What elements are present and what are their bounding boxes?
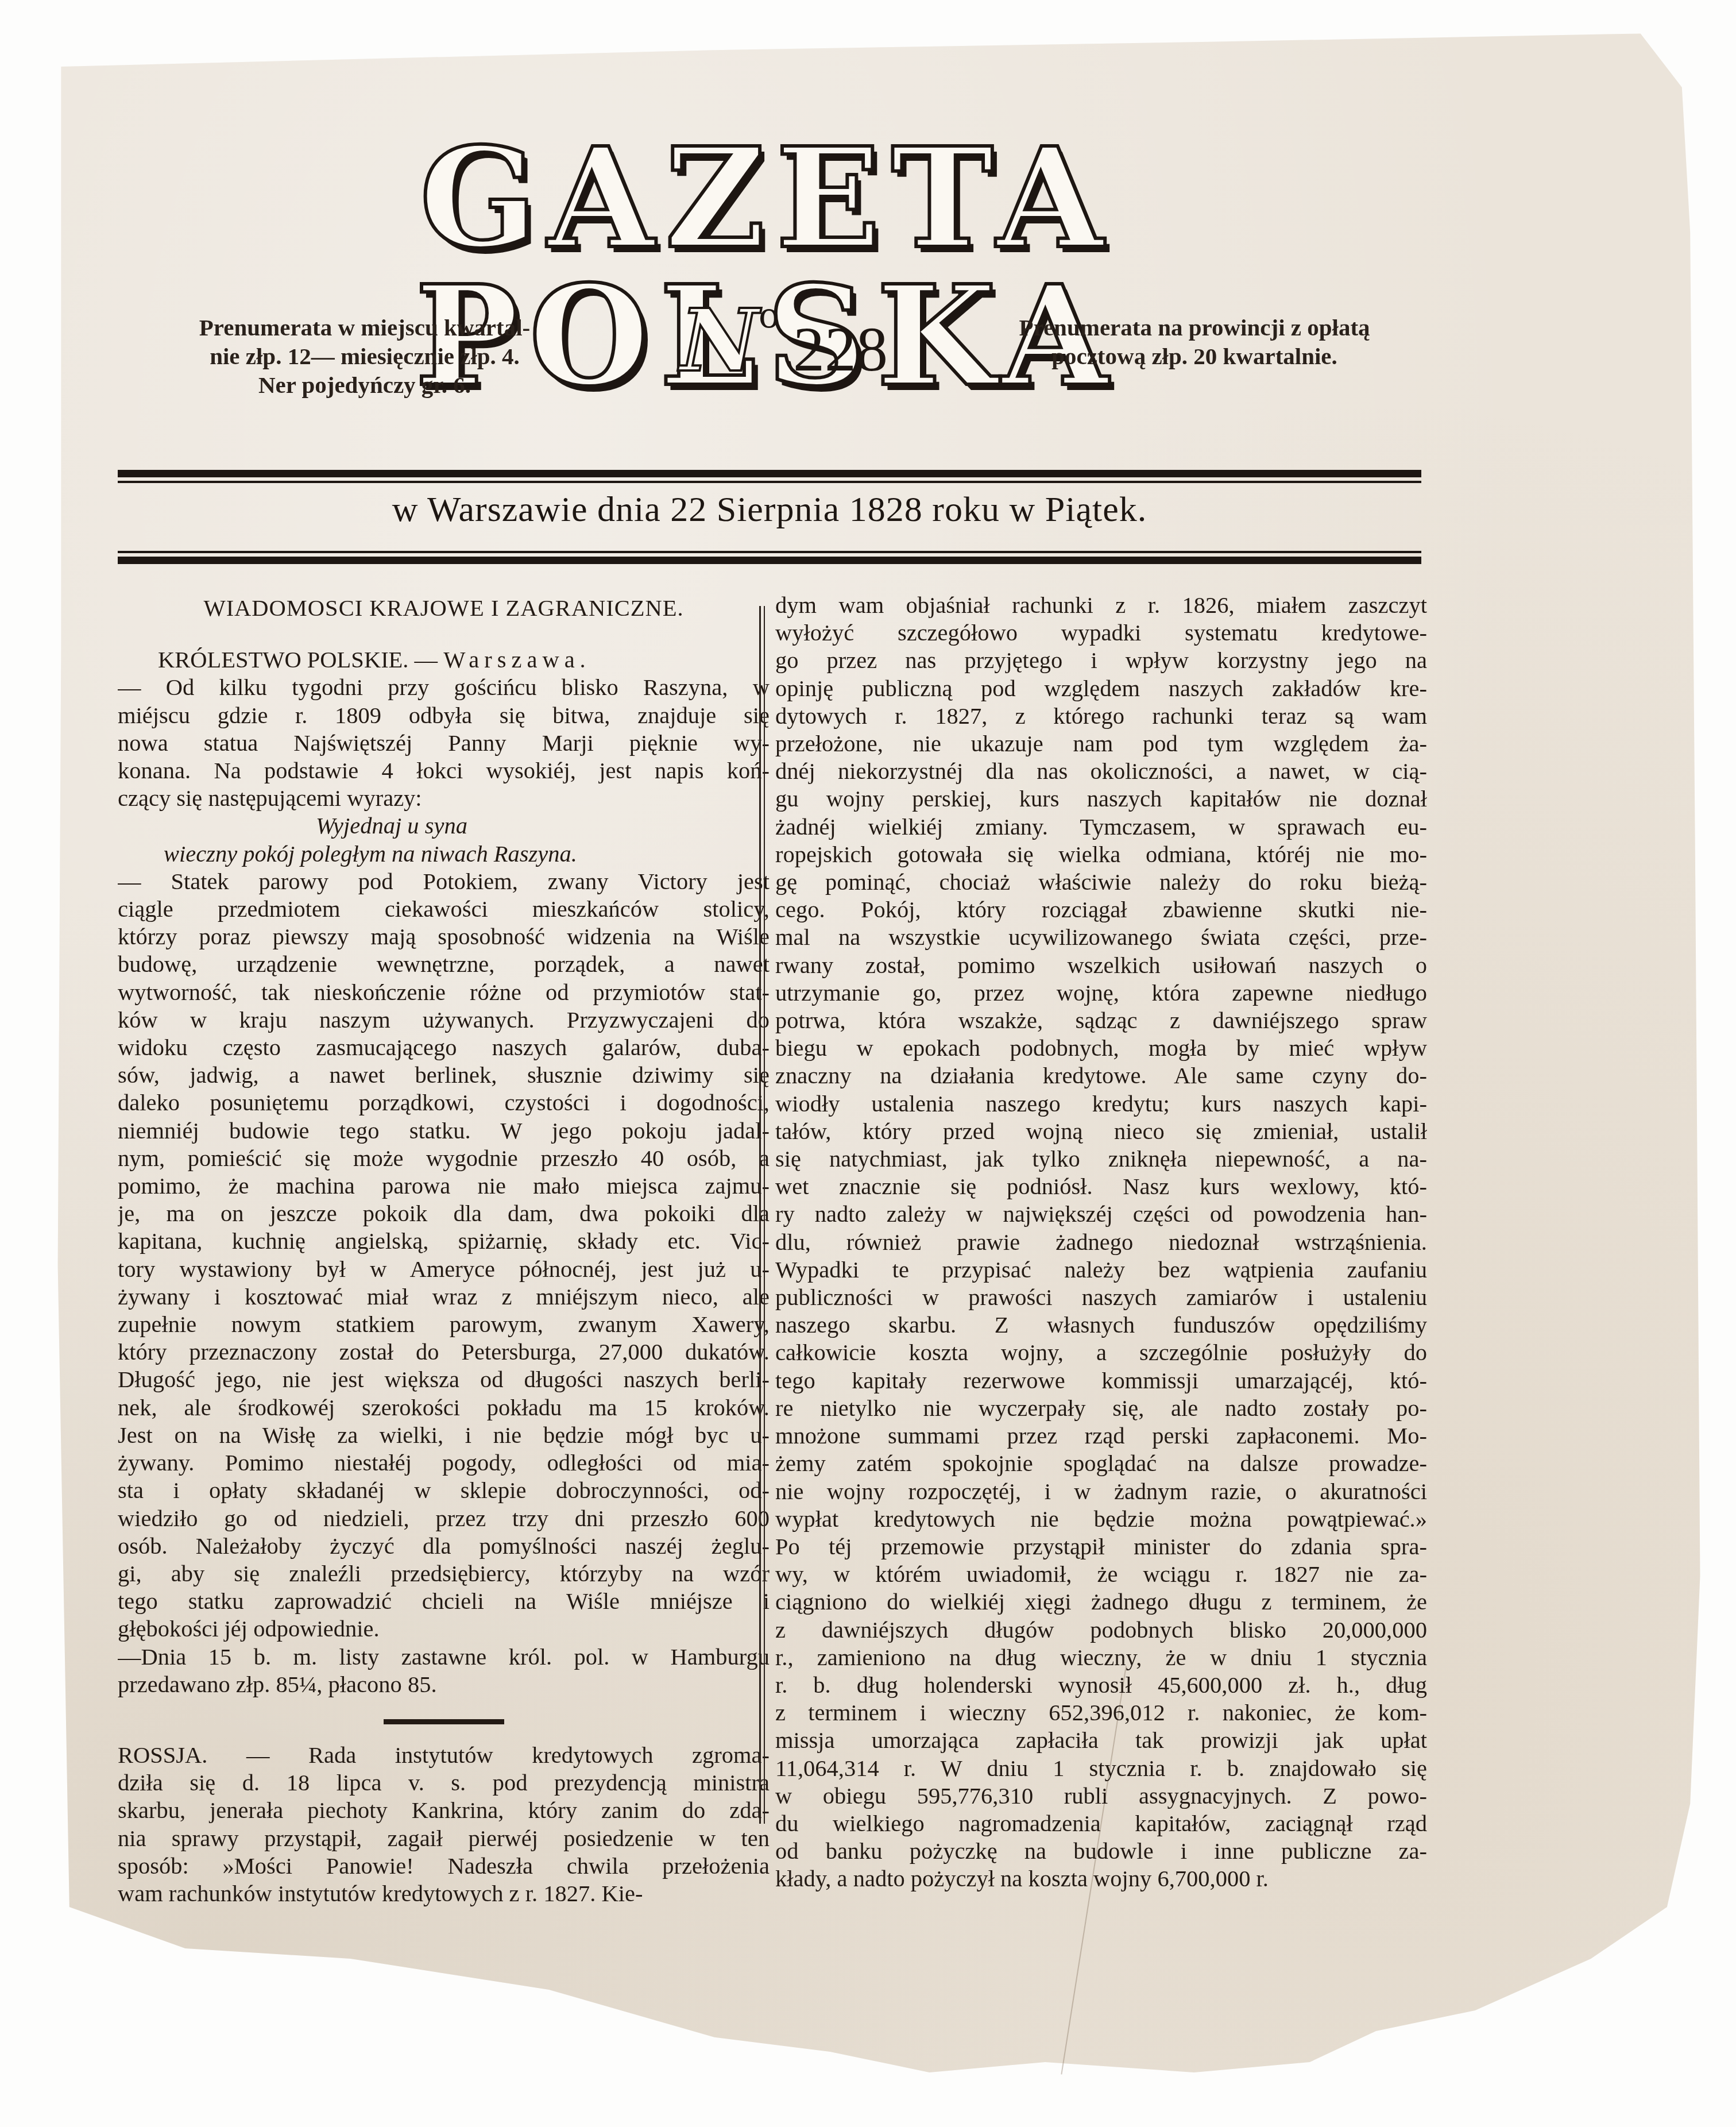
text-line: wy, w którém uwiadomił, że wciągu r. 182… bbox=[775, 1561, 1427, 1588]
subscription-province-line: Prenumerata na prowincji z opłatą bbox=[996, 313, 1393, 342]
text-line: mnożone summami przez rząd perski zapłac… bbox=[775, 1422, 1427, 1450]
subscription-local-line: Ner pojedyńczy gr. 6. bbox=[146, 370, 583, 399]
text-line: dlu, również prawie żadnego niedoznał ws… bbox=[775, 1229, 1427, 1256]
text-line: ciągle przedmiotem ciekawości mieszkańcó… bbox=[118, 895, 770, 923]
text-line: — Od kilku tygodni przy gościńcu blisko … bbox=[118, 674, 770, 701]
place-name: Warszawa. bbox=[443, 647, 591, 673]
text-line: sta i opłaty składanéj w sklepie dobrocz… bbox=[118, 1477, 770, 1504]
text-line: żywany. Pomimo niestałéj pogody, odległo… bbox=[118, 1449, 770, 1477]
text-line: dytowych r. 1827, z którego rachunki ter… bbox=[775, 702, 1427, 730]
text-line: ków w kraju naszym używanych. Przyzwycza… bbox=[118, 1006, 770, 1034]
text-line: czący się następującemi wyrazy: bbox=[118, 785, 770, 812]
text-line: utrzymanie go, przez wojnę, która zapewn… bbox=[775, 979, 1427, 1007]
text-line: Wypadki te przypisać należy bez wątpieni… bbox=[775, 1256, 1427, 1284]
text-line: wet znacznie się podniósł. Nasz kurs wex… bbox=[775, 1173, 1427, 1200]
text-line: całkowicie koszta wojny, a szczególnie p… bbox=[775, 1339, 1427, 1366]
paragraph-russia: ROSSJA. — Rada instytutów kredytowych zg… bbox=[118, 1742, 770, 1908]
text-line: którzy poraz piewszy mają sposobność wid… bbox=[118, 923, 770, 951]
text-line: wiodły ustalenia naszego kredytu; kurs n… bbox=[775, 1090, 1427, 1118]
text-line: kłady, a nadto pożyczył na koszta wojny … bbox=[775, 1865, 1427, 1893]
text-line: cego. Pokój, który rozciągał zbawienne s… bbox=[775, 896, 1427, 924]
text-line: dziła się d. 18 lipca v. s. pod prezyden… bbox=[118, 1769, 770, 1797]
text-line: osób. Należałoby życzyć dla pomyślności … bbox=[118, 1532, 770, 1560]
text-line: dnéj niekorzystnéj dla nas okoliczności,… bbox=[775, 758, 1427, 785]
subscription-province: Prenumerata na prowincji z opłatą poczto… bbox=[996, 313, 1393, 370]
text-line: mal na wszystkie ucywilizowanego świata … bbox=[775, 924, 1427, 951]
text-line: dym wam objaśniał rachunki z r. 1826, mi… bbox=[775, 592, 1427, 619]
text-line: budowę, urządzenie wewnętrzne, porządek,… bbox=[118, 951, 770, 978]
text-line: nowa statua Najświętszéj Panny Marji pię… bbox=[118, 729, 770, 757]
subscription-local-line: nie złp. 12— miesięcznie złp. 4. bbox=[146, 342, 583, 370]
issue-number-value: 228 bbox=[793, 314, 888, 384]
text-line: missja umorzająca zapłaciła tak prowizji… bbox=[775, 1727, 1427, 1754]
text-line: głębokości jéj odpowiednie. bbox=[118, 1615, 770, 1643]
text-line: du wielkiego nagromadzenia kapitałów, za… bbox=[775, 1810, 1427, 1838]
text-line: konana. Na podstawie 4 łokci wysokiéj, j… bbox=[118, 757, 770, 785]
text-line: zupełnie nowym statkiem parowym, zwanym … bbox=[118, 1311, 770, 1338]
text-line: tego kapitały rezerwowe kommissji umarza… bbox=[775, 1367, 1427, 1395]
text-line: żemy zatém spokojnie spoglądać na dalsze… bbox=[775, 1450, 1427, 1477]
left-column: WIADOMOSCI KRAJOWE I ZAGRANICZNE. KRÓLES… bbox=[118, 592, 770, 1908]
text-line: publiczności w prawości naszych zamiarów… bbox=[775, 1284, 1427, 1311]
text-line: wiedziło go od niedzieli, przez trzy dni… bbox=[118, 1505, 770, 1532]
paragraph-russia-continued: dym wam objaśniał rachunki z r. 1826, mi… bbox=[775, 592, 1427, 1893]
text-line: z dawniéjszych długów podobnych blisko 2… bbox=[775, 1616, 1427, 1644]
text-line: gę pominąć, chociaż właściwie należy do … bbox=[775, 868, 1427, 896]
right-column: dym wam objaśniał rachunki z r. 1826, mi… bbox=[775, 592, 1427, 1893]
text-line: się natychmiast, jak tylko zniknęła niep… bbox=[775, 1145, 1427, 1173]
kingdom-title: KRÓLESTWO POLSKIE. — bbox=[158, 647, 438, 673]
dateline: w Warszawie dnia 22 Sierpnia 1828 roku w… bbox=[118, 489, 1421, 530]
text-line: ry nadto zależy w największéj części od … bbox=[775, 1200, 1427, 1228]
text-line: przedawano złp. 85¼, płacono 85. bbox=[118, 1671, 770, 1698]
text-line: widoku często zasmucającego naszych gala… bbox=[118, 1034, 770, 1061]
text-line: nek, ale środkowéj szerokości pokładu ma… bbox=[118, 1394, 770, 1422]
verse-line: Wyjednaj u syna bbox=[118, 812, 770, 840]
text-line: go przez nas przyjętego i wpływ korzystn… bbox=[775, 647, 1427, 674]
text-line: kapitana, kuchnię angielską, spiżarnię, … bbox=[118, 1227, 770, 1255]
double-rule-bottom bbox=[118, 547, 1421, 564]
numero-superscript: o bbox=[759, 296, 779, 336]
text-line: 11,064,314 r. W dniu 1 stycznia r. b. zn… bbox=[775, 1755, 1427, 1782]
text-line: pomimo, że machina parowa nie mało miejs… bbox=[118, 1172, 770, 1200]
text-line: nie wojny rozpoczętéj, i w żadnym razie,… bbox=[775, 1478, 1427, 1506]
text-line: niemniéj budowie tego statku. W jego pok… bbox=[118, 1117, 770, 1145]
text-line: w obiegu 595,776,310 rubli assygnacyjnyc… bbox=[775, 1782, 1427, 1810]
text-line: —Dnia 15 b. m. listy zastawne król. pol.… bbox=[118, 1643, 770, 1671]
issue-number: No228 bbox=[623, 290, 945, 391]
text-line: który przeznaczony został do Petersburga… bbox=[118, 1338, 770, 1366]
text-line: daleko posuniętemu porządkowi, czystości… bbox=[118, 1089, 770, 1117]
subscription-local-line: Prenumerata w miejscu kwartal- bbox=[146, 313, 583, 342]
text-line: przełożone, nie ukazuje nam pod tym wzgl… bbox=[775, 730, 1427, 758]
text-line: Długość jego, nie jest większa od długoś… bbox=[118, 1366, 770, 1393]
text-line: — Statek parowy pod Potokiem, zwany Vict… bbox=[118, 868, 770, 895]
text-line: skarbu, jenerała piechoty Kankrina, któr… bbox=[118, 1797, 770, 1824]
text-line: potrwa, która wszakże, sądząc z dawniéjs… bbox=[775, 1007, 1427, 1034]
text-line: wypłat kredytowych nie będzie można pową… bbox=[775, 1506, 1427, 1533]
text-line: nia sprawy przystąpił, zagaił pierwéj po… bbox=[118, 1825, 770, 1852]
paragraph-steamship: — Statek parowy pod Potokiem, zwany Vict… bbox=[118, 868, 770, 1643]
text-line: ROSSJA. — Rada instytutów kredytowych zg… bbox=[118, 1742, 770, 1769]
text-line: tego statku zaprowadzić chcieli na Wiśle… bbox=[118, 1588, 770, 1615]
text-line: żadnéj wielkiéj zmiany. Tymczasem, w spr… bbox=[775, 813, 1427, 841]
text-line: wytworność, tak nieskończenie różne od p… bbox=[118, 979, 770, 1006]
column-divider bbox=[759, 606, 765, 1824]
text-line: biegu w epokach podobnych, mogła by mieć… bbox=[775, 1034, 1427, 1062]
text-line: gu wojny perskiej, kurs naszych kapitałó… bbox=[775, 785, 1427, 813]
text-line: miéjscu gdzie r. 1809 odbyła się bitwa, … bbox=[118, 702, 770, 729]
text-line: wam rachunków instytutów kredytowych z r… bbox=[118, 1880, 770, 1908]
text-line: r. b. dług holenderski wynosił 45,600,00… bbox=[775, 1672, 1427, 1699]
text-line: r., zamieniono na dług wieczny, że w dni… bbox=[775, 1644, 1427, 1672]
text-line: ciągniono do wielkiéj xięgi żadnego dług… bbox=[775, 1588, 1427, 1616]
section-divider bbox=[384, 1719, 504, 1724]
text-line: z terminem i wieczny 652,396,012 r. nako… bbox=[775, 1699, 1427, 1727]
subscription-province-line: pocztową złp. 20 kwartalnie. bbox=[996, 342, 1393, 370]
text-line: Jest on na Wisłę za wielki, i nie będzie… bbox=[118, 1422, 770, 1449]
subscription-local: Prenumerata w miejscu kwartal- nie złp. … bbox=[146, 313, 583, 399]
text-line: gi, aby się znaleźli przedsiębiercy, któ… bbox=[118, 1560, 770, 1588]
paragraph-bonds: —Dnia 15 b. m. listy zastawne król. pol.… bbox=[118, 1643, 770, 1698]
text-line: sposób: »Mości Panowie! Nadeszła chwila … bbox=[118, 1852, 770, 1880]
kingdom-subheading: KRÓLESTWO POLSKIE. — Warszawa. bbox=[118, 646, 770, 674]
text-line: re nietylko nie wyczerpały się, ale nadt… bbox=[775, 1395, 1427, 1422]
text-line: sów, jadwig, a nawet berlinek, słusznie … bbox=[118, 1061, 770, 1089]
text-line: tałów, który przed wojną nieco się zmien… bbox=[775, 1118, 1427, 1145]
text-line: ropejskich gotowała się wielka odmiana, … bbox=[775, 841, 1427, 868]
paragraph-statue: — Od kilku tygodni przy gościńcu blisko … bbox=[118, 674, 770, 812]
text-line: znaczny na działania kredytowe. Ale same… bbox=[775, 1062, 1427, 1090]
text-line: naszego skarbu. Z własnych funduszów opę… bbox=[775, 1311, 1427, 1339]
text-line: Po téj przemowie przystąpił minister do … bbox=[775, 1533, 1427, 1561]
text-line: od banku pożyczkę na budowle i inne publ… bbox=[775, 1838, 1427, 1865]
text-line: żywany i kosztować miał wraz z mniéjszym… bbox=[118, 1283, 770, 1311]
text-line: tory wystawiony był w Ameryce północnéj,… bbox=[118, 1256, 770, 1283]
section-heading: WIADOMOSCI KRAJOWE I ZAGRANICZNE. bbox=[118, 595, 770, 622]
text-line: nym, pomieścić się może wygodnie przeszł… bbox=[118, 1145, 770, 1172]
text-line: je, ma on jeszcze pokoik dla dam, dwa po… bbox=[118, 1200, 770, 1227]
text-line: rwany został, pomimo wszelkich usiłowań … bbox=[775, 952, 1427, 979]
text-line: wyłożyć szczegółowo wypadki systematu kr… bbox=[775, 619, 1427, 647]
verse-line: wieczny pokój poległym na niwach Raszyna… bbox=[118, 840, 770, 868]
double-rule-top bbox=[118, 470, 1421, 487]
numero-sign: N bbox=[680, 290, 759, 391]
text-line: opinję publiczną pod względem naszych za… bbox=[775, 675, 1427, 702]
